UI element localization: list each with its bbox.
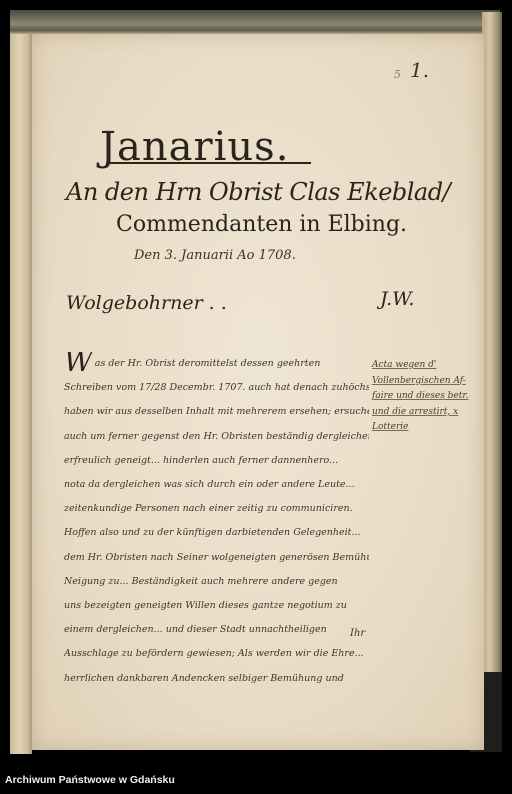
body-line: dem Hr. Obristen nach Seiner wolgeneigte… [64, 546, 369, 570]
marginal-note-line: und die arrestirt, x [372, 405, 482, 421]
body-line: uns bezeigten geneigten Willen dieses ga… [64, 594, 369, 618]
body-line: Schreiben vom 17/28 Decembr. 1707. auch … [64, 376, 369, 400]
title-underline [106, 162, 311, 164]
folio-pencil-mark: 5 [394, 68, 401, 81]
decorated-initial: W [64, 352, 93, 376]
date-line: Den 3. Januarii Ao 1708. [134, 248, 296, 263]
folio-number: 1. [410, 58, 429, 82]
marginal-note-line: Lotterie [372, 420, 482, 436]
body-line: Was der Hr. Obrist deromittelst dessen g… [64, 352, 369, 376]
book-right-edge [482, 12, 502, 672]
book-left-edge [10, 34, 32, 754]
body-line: auch um ferner gegenst den Hr. Obristen … [64, 425, 369, 449]
body-line: nota da dergleichen was sich durch ein o… [64, 473, 369, 497]
marginal-note-line: Vollenbergischen Af- [372, 374, 482, 390]
letter-body: Was der Hr. Obrist deromittelst dessen g… [64, 352, 369, 691]
body-line: zeitenkundige Personen nach einer zeitig… [64, 497, 369, 521]
body-line: Hoffen also und zu der künftigen darbiet… [64, 521, 369, 545]
address-line-2: Commendanten in Elbing. [116, 212, 407, 237]
marginal-note-line: Acta wegen d' [372, 358, 482, 374]
address-line-1: An den Hrn Obrist Clas Ekeblad/ [66, 178, 450, 206]
salutation-abbreviation: J.W. [380, 288, 414, 310]
marginal-note-line: faire und dieses betr. [372, 389, 482, 405]
body-line: herrlichen dankbaren Andencken selbiger … [64, 667, 369, 691]
marginal-note: Acta wegen d' Vollenbergischen Af- faire… [372, 358, 482, 436]
body-line: haben wir aus desselben Inhalt mit mehre… [64, 400, 369, 424]
catchword: Ihr [350, 628, 365, 639]
body-line: einem dergleichen... und dieser Stadt un… [64, 618, 369, 642]
archive-credit: Archiwum Państwowe w Gdańsku [5, 774, 175, 786]
salutation: Wolgebohrner . . [66, 292, 227, 314]
body-line: Neigung zu... Beständigkeit auch mehrere… [64, 570, 369, 594]
body-line: Ausschlage zu befördern gewiesen; Als we… [64, 642, 369, 666]
book-top-edge [10, 10, 500, 34]
body-line: erfreulich geneigt... hinderlen auch fer… [64, 449, 369, 473]
